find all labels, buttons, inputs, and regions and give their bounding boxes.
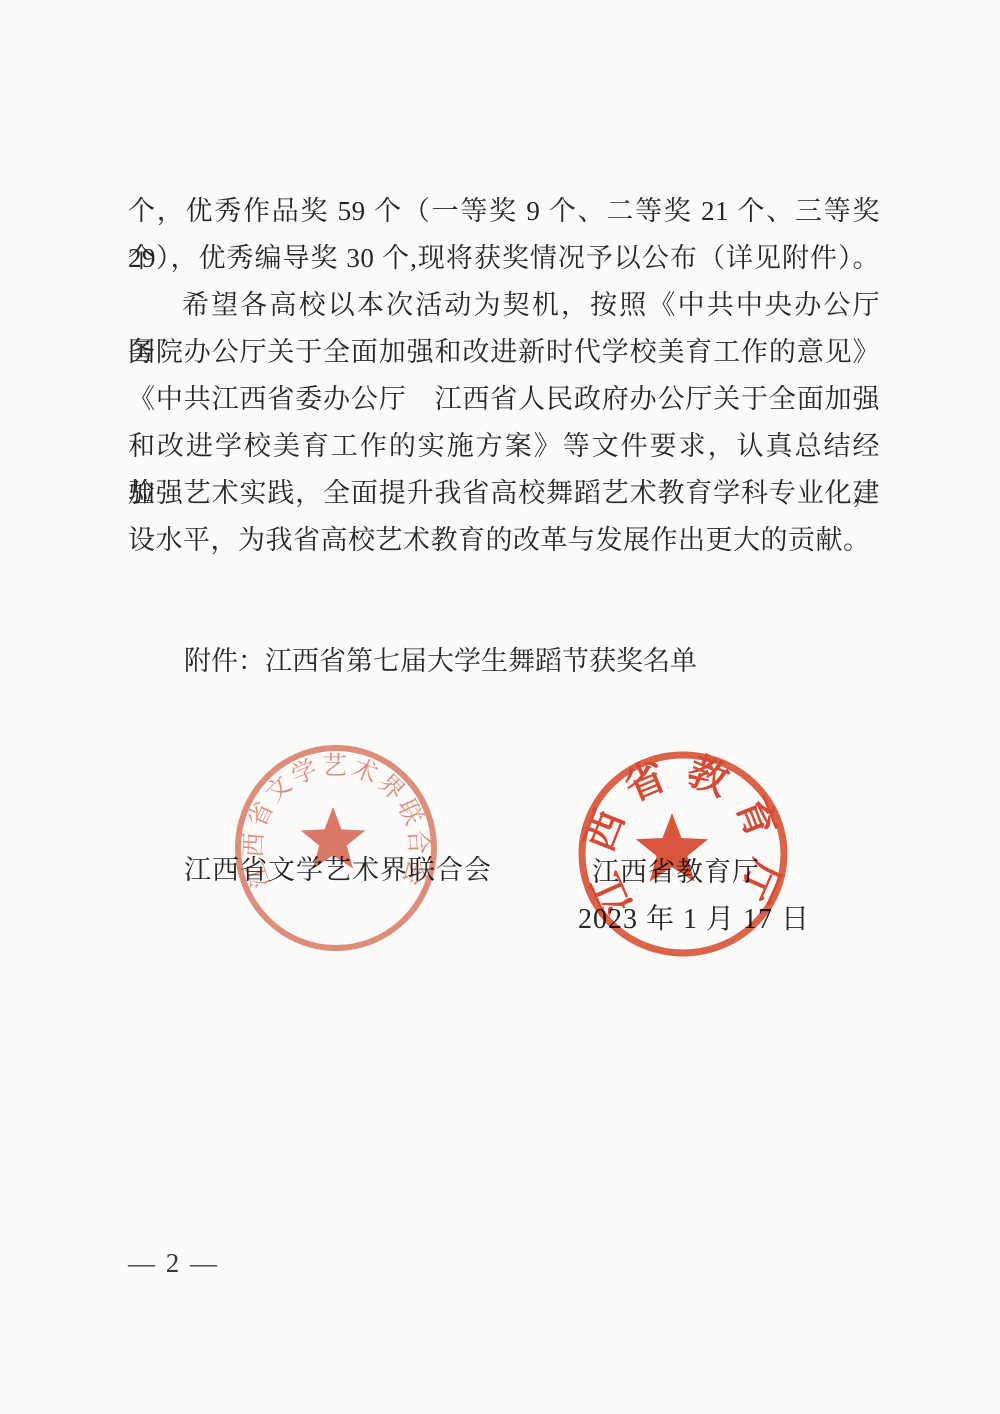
seal-ring-text: 江西省教育厅: [576, 751, 789, 921]
star-icon: [636, 813, 708, 882]
body-line: 个），优秀编导奖 30 个,现将获奖情况予以公布（详见附件）。: [128, 235, 880, 282]
body-line: 加强艺术实践，全面提升我省高校舞蹈艺术教育学科专业化建: [128, 470, 880, 517]
body-line: 《中共江西省委办公厅 江西省人民政府办公厅关于全面加强: [128, 376, 880, 423]
attachment-line: 附件：江西省第七届大学生舞蹈节获奖名单: [128, 638, 880, 685]
body-line: 希望各高校以本次活动为契机，按照《中共中央办公厅 国: [128, 282, 880, 329]
left-official-seal: 江西省文学艺术界联合会: [233, 745, 439, 951]
right-seal-graphic: 江西省教育厅: [576, 751, 790, 957]
star-icon: [301, 807, 366, 869]
body-text-block: 个，优秀作品奖 59 个（一等奖 9 个、二等奖 21 个、三等奖 29 个），…: [128, 188, 880, 685]
right-official-seal: 江西省教育厅: [576, 751, 790, 957]
svg-text:江西省教育厅: 江西省教育厅: [576, 751, 789, 921]
body-line: 设水平，为我省高校艺术教育的改革与发展作出更大的贡献。: [128, 517, 880, 564]
body-line: 个，优秀作品奖 59 个（一等奖 9 个、二等奖 21 个、三等奖 29: [128, 188, 880, 235]
document-page: 个，优秀作品奖 59 个（一等奖 9 个、二等奖 21 个、三等奖 29 个），…: [0, 0, 1000, 1414]
body-line: 和改进学校美育工作的实施方案》等文件要求，认真总结经验，: [128, 423, 880, 470]
page-number: — 2 —: [128, 1248, 219, 1279]
left-seal-graphic: 江西省文学艺术界联合会: [233, 745, 439, 951]
body-line: 务院办公厅关于全面加强和改进新时代学校美育工作的意见》: [128, 329, 880, 376]
